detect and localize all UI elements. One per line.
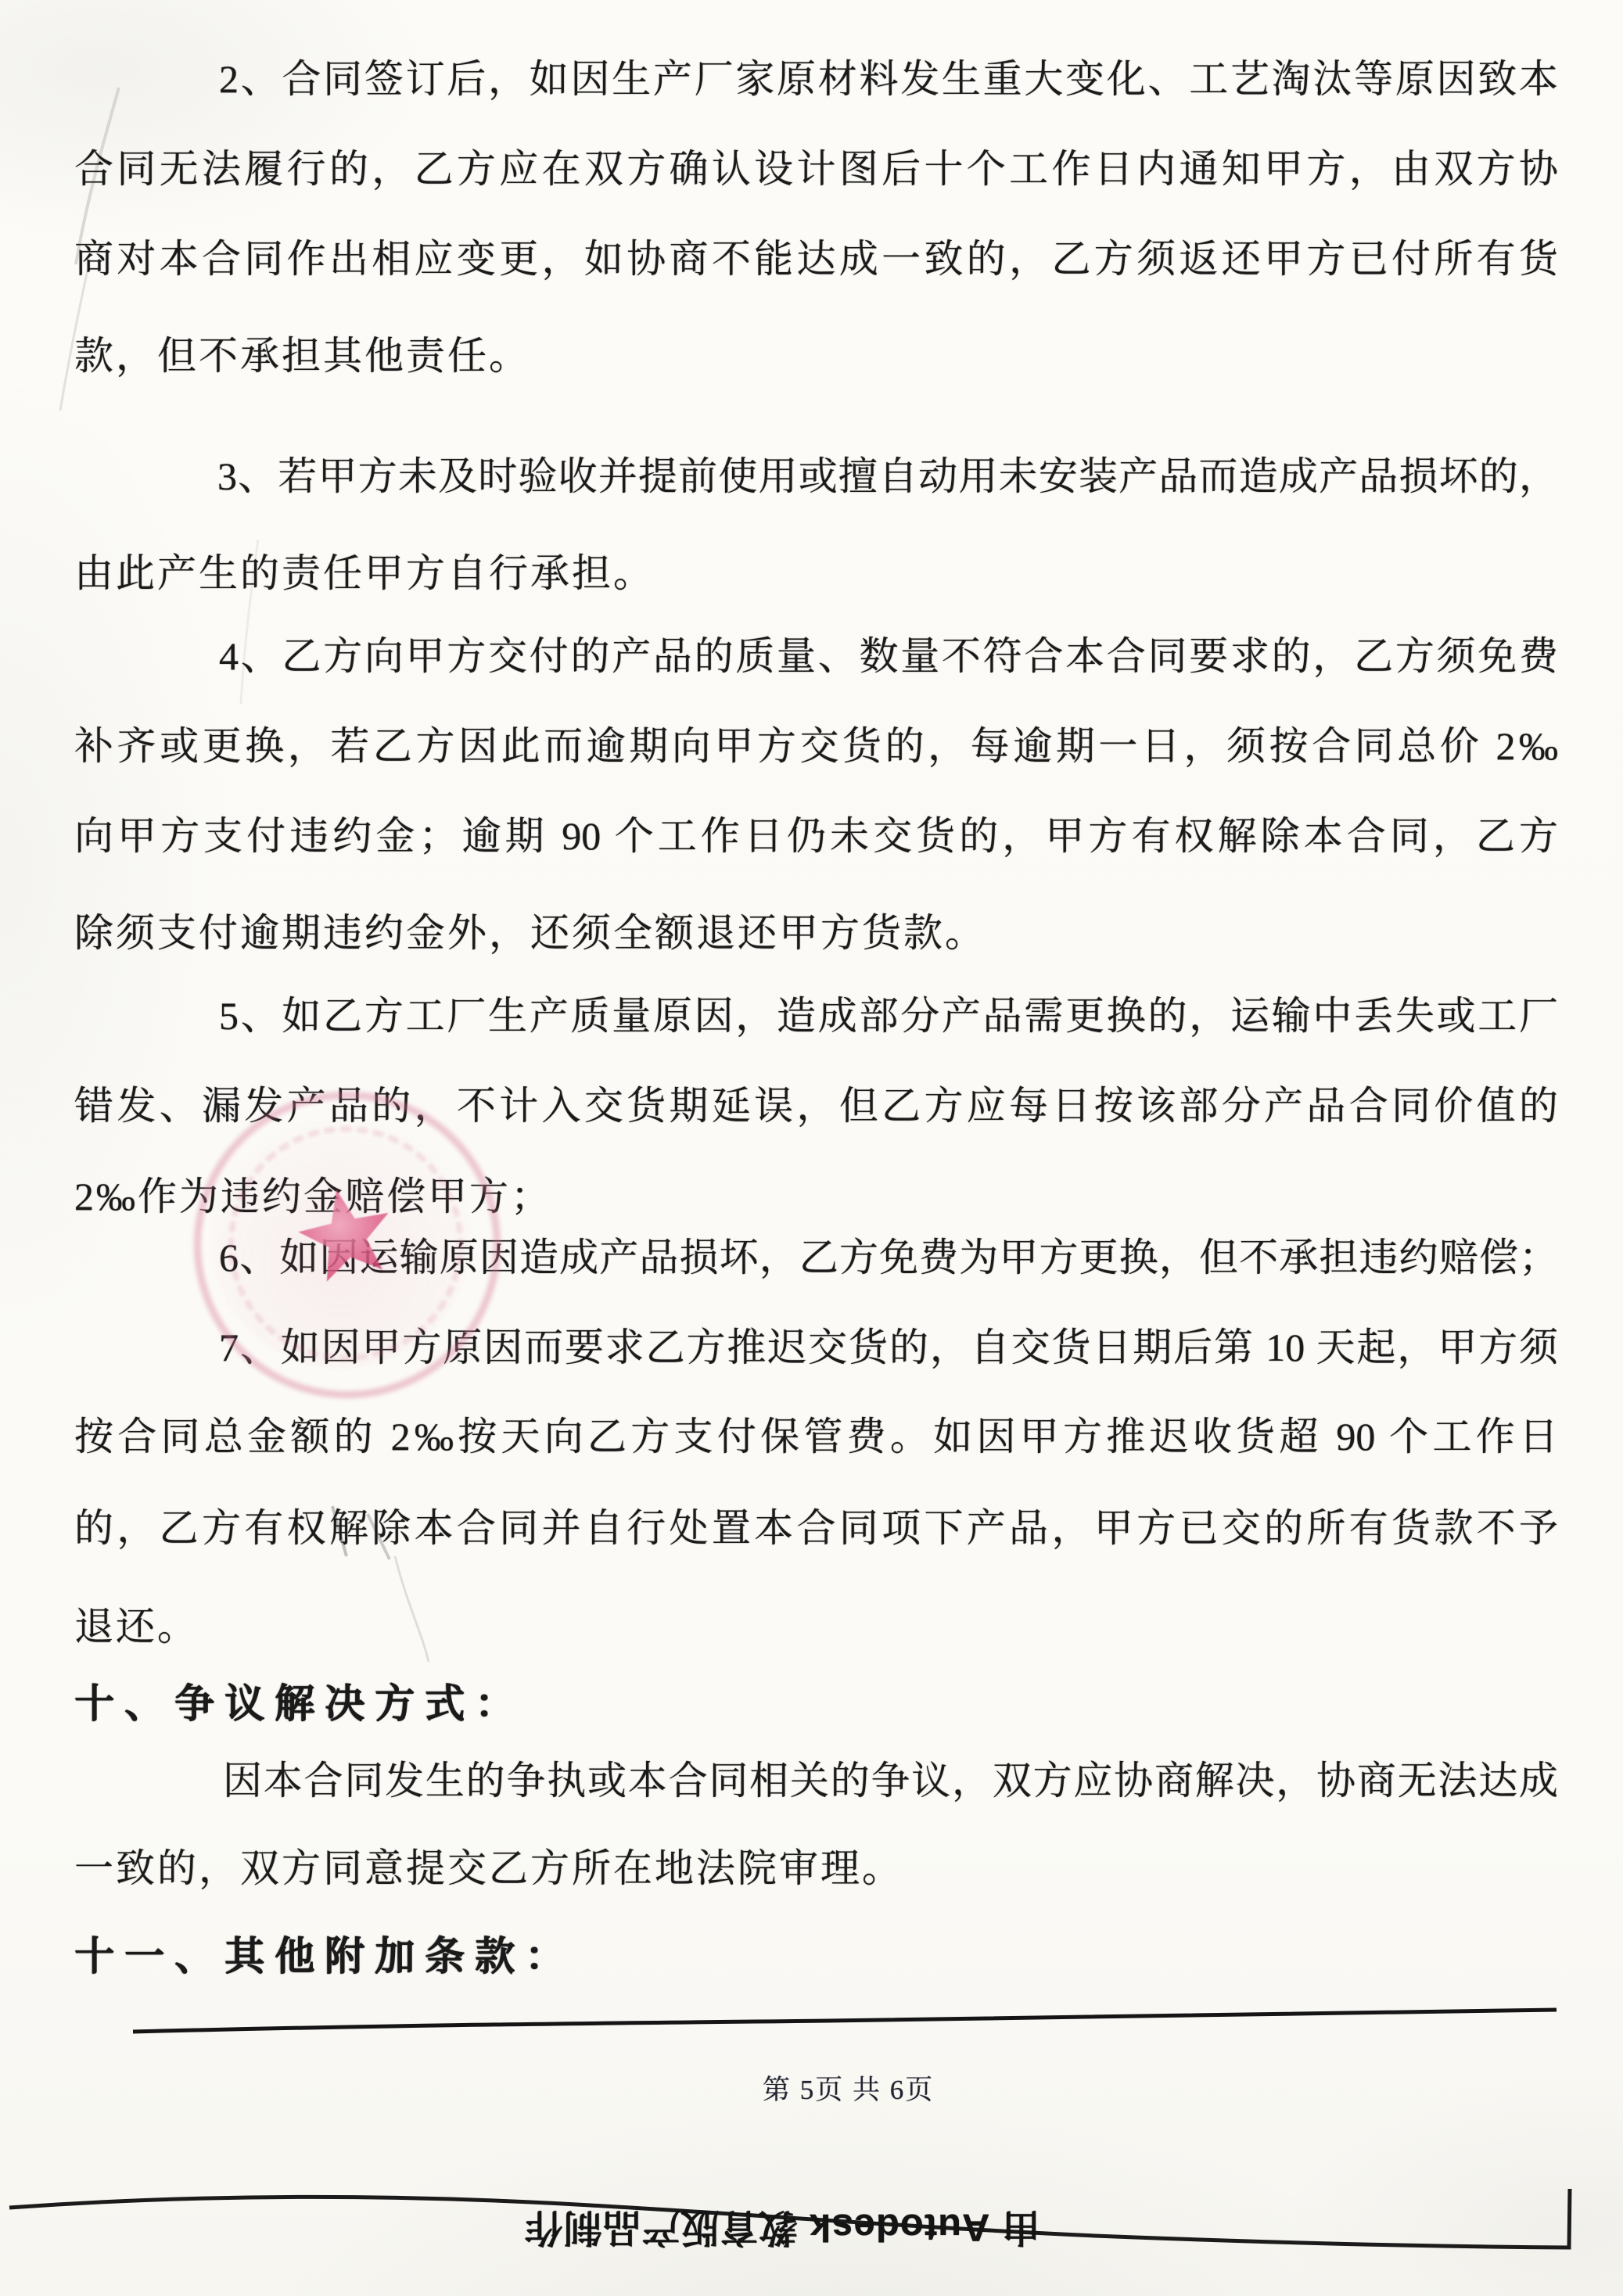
section-heading: 十一、其他附加条款： (74, 1924, 575, 1982)
contract-line: 合同无法履行的，乙方应在双方确认设计图后十个工作日内通知甲方，由双方协 (74, 145, 1558, 193)
contract-line: 向甲方支付违约金；逾期 90 个工作日仍未交货的，甲方有权解除本合同，乙方 (74, 812, 1558, 860)
contract-line: 补齐或更换，若乙方因此而逾期向甲方交货的，每逾期一日，须按合同总价 2‰ (74, 722, 1558, 770)
section-heading: 十、争议解决方式： (74, 1671, 525, 1729)
contract-line: 5、如乙方工厂生产质量原因，造成部分产品需更换的，运输中丢失或工厂 (219, 992, 1558, 1040)
contract-line: 由此产生的责任甲方自行承担。 (74, 542, 655, 598)
contract-line: 按合同总金额的 2‰按天向乙方支付保管费。如因甲方推迟收货超 90 个工作日 (74, 1412, 1558, 1461)
page-number: 第 5页 共 6页 (763, 2068, 934, 2108)
contract-page: 2、合同签订后，如因生产厂家原材料发生重大变化、工艺淘汰等原因致本合同无法履行的… (0, 0, 1623, 2296)
autodesk-watermark: 由 Autodesk 教育版产品制作 (575, 2202, 1040, 2252)
contract-line: 3、若甲方未及时验收并提前使用或擅自动用未安装产品而造成产品损坏的， (217, 452, 1558, 500)
contract-line: 除须支付逾期违约金外，还须全额退还甲方货款。 (74, 902, 986, 958)
contract-line: 商对本合同作出相应变更，如协商不能达成一致的，乙方须返还甲方已付所有货 (74, 235, 1558, 283)
contract-line: 因本合同发生的争执或本合同相关的争议，双方应协商解决，协商无法达成 (223, 1756, 1558, 1805)
contract-line: 款，但不承担其他责任。 (74, 325, 530, 381)
contract-line: 2、合同签订后，如因生产厂家原材料发生重大变化、工艺淘汰等原因致本 (219, 55, 1558, 103)
contract-line: 4、乙方向甲方交付的产品的质量、数量不符合本合同要求的，乙方须免费 (219, 632, 1558, 680)
contract-line: 退还。 (74, 1595, 199, 1652)
contract-line: 一致的，双方同意提交乙方所在地法院审理。 (74, 1837, 903, 1893)
contract-line: 的，乙方有权解除本合同并自行处置本合同项下产品，甲方已交的所有货款不予 (74, 1504, 1558, 1552)
